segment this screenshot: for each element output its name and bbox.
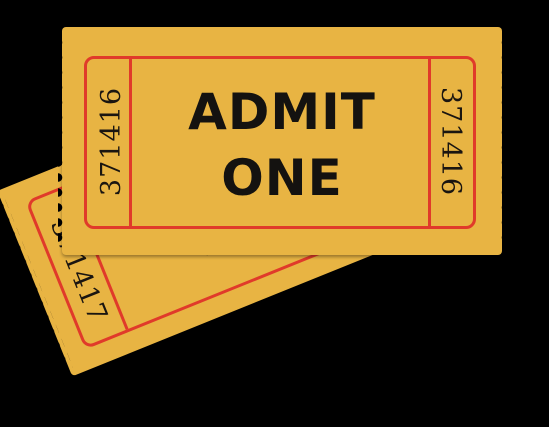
admit-text: ADMIT: [62, 87, 502, 137]
one-text: ONE: [62, 153, 502, 203]
front-ticket: 371416 371416 ADMIT ONE: [62, 27, 502, 255]
